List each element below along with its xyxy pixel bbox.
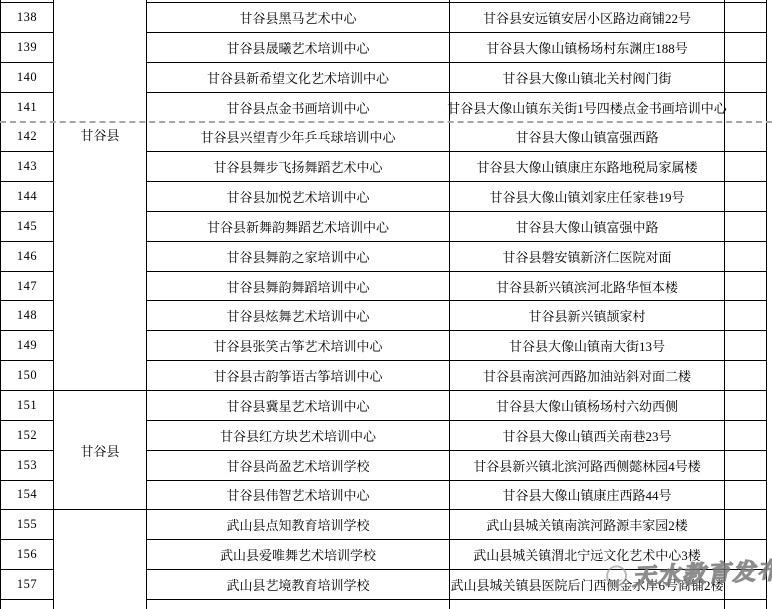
blank-cell xyxy=(725,242,767,272)
page-break-line xyxy=(0,121,772,123)
partial-bottom-number-cell xyxy=(0,600,54,609)
blank-cell xyxy=(725,63,767,93)
row-number: 144 xyxy=(0,182,54,212)
institution-address: 甘谷县南滨河西路加油站斜对面二楼 xyxy=(450,361,725,391)
row-number: 149 xyxy=(0,331,54,361)
institution-name: 甘谷县晟曦艺术培训中心 xyxy=(147,33,450,63)
institution-name: 甘谷县新希望文化艺术培训中心 xyxy=(147,63,450,93)
row-number: 155 xyxy=(0,510,54,540)
institution-address: 武山县城关镇南滨河路源丰家园2楼 xyxy=(450,510,725,540)
blank-cell xyxy=(725,33,767,63)
institution-name: 甘谷县红方块艺术培训中心 xyxy=(147,421,450,451)
county-label: 甘谷县 xyxy=(54,119,146,149)
institution-name: 武山县点知教育培训学校 xyxy=(147,510,450,540)
blank-cell xyxy=(725,272,767,302)
blank-cell xyxy=(725,391,767,421)
county-cell-gangu-2: 甘谷县 xyxy=(54,391,147,510)
row-number: 146 xyxy=(0,242,54,272)
institution-address: 甘谷县新兴镇北滨河路西侧懿林园4号楼 xyxy=(450,451,725,481)
row-number: 141 xyxy=(0,93,54,123)
institution-address: 甘谷县大像山镇富强中路 xyxy=(450,212,725,242)
blank-cell xyxy=(725,182,767,212)
institution-address: 甘谷县安远镇安居小区路边商铺22号 xyxy=(450,3,725,33)
institution-name: 甘谷县舞韵之家培训中心 xyxy=(147,242,450,272)
institution-address: 甘谷县磐安镇新济仁医院对面 xyxy=(450,242,725,272)
institution-address: 甘谷县大像山镇南大街13号 xyxy=(450,331,725,361)
row-number: 156 xyxy=(0,540,54,570)
partial-bottom-address-cell xyxy=(450,600,725,609)
institution-name: 甘谷县黑马艺术中心 xyxy=(147,3,450,33)
blank-cell xyxy=(725,570,767,600)
institution-address: 甘谷县大像山镇东关街1号四楼点金书画培训中心 xyxy=(450,93,725,123)
blank-cell xyxy=(725,421,767,451)
institution-address: 甘谷县大像山镇富强西路 xyxy=(450,122,725,152)
row-number: 147 xyxy=(0,272,54,302)
blank-cell xyxy=(725,3,767,33)
row-number: 140 xyxy=(0,63,54,93)
row-number: 157 xyxy=(0,570,54,600)
institution-address: 甘谷县大像山镇康庄东路地税局家属楼 xyxy=(450,152,725,182)
blank-cell xyxy=(725,331,767,361)
institution-name: 武山县爱唯舞艺术培训学校 xyxy=(147,540,450,570)
blank-cell xyxy=(725,93,767,123)
institution-name: 甘谷县新舞韵舞蹈艺术培训中心 xyxy=(147,212,450,242)
row-number: 139 xyxy=(0,33,54,63)
row-number: 150 xyxy=(0,361,54,391)
institution-address: 甘谷县大像山镇西关南巷23号 xyxy=(450,421,725,451)
institution-address: 甘谷县大像山镇康庄西路44号 xyxy=(450,481,725,511)
institution-address: 武山县城关镇县医院后门西侧金水岸6号商铺2楼 xyxy=(450,570,725,600)
county-cell-gangu-1: 甘谷县 xyxy=(54,0,147,391)
blank-cell xyxy=(725,152,767,182)
blank-cell xyxy=(725,481,767,511)
institution-name: 甘谷县古韵筝语古筝培训中心 xyxy=(147,361,450,391)
institution-address: 武山县城关镇渭北宁远文化艺术中心3楼 xyxy=(450,540,725,570)
county-cell-wushan xyxy=(54,510,147,609)
institution-name: 甘谷县点金书画培训中心 xyxy=(147,93,450,123)
blank-cell xyxy=(725,212,767,242)
row-number: 151 xyxy=(0,391,54,421)
institution-name: 甘谷县加悦艺术培训中心 xyxy=(147,182,450,212)
spreadsheet-page: 甘谷县 甘谷县 138 甘谷县黑马艺术中心 甘谷县安远镇安居小区路边商铺22号 … xyxy=(0,0,772,609)
blank-cell xyxy=(725,361,767,391)
partial-bottom-name-cell xyxy=(147,600,450,609)
institution-address: 甘谷县大像山镇杨场村六幼西侧 xyxy=(450,391,725,421)
institution-address: 甘谷县新兴镇颉家村 xyxy=(450,301,725,331)
institution-address: 甘谷县大像山镇杨场村东渊庄188号 xyxy=(450,33,725,63)
row-number: 153 xyxy=(0,451,54,481)
blank-cell xyxy=(725,122,767,152)
institution-name: 甘谷县舞步飞扬舞蹈艺术中心 xyxy=(147,152,450,182)
institution-name: 武山县艺境教育培训学校 xyxy=(147,570,450,600)
blank-cell xyxy=(725,510,767,540)
institution-address: 甘谷县大像山镇北关村阀门街 xyxy=(450,63,725,93)
institution-address: 甘谷县新兴镇滨河北路华恒本楼 xyxy=(450,272,725,302)
row-number: 138 xyxy=(0,3,54,33)
institution-name: 甘谷县炫舞艺术培训中心 xyxy=(147,301,450,331)
institution-address: 甘谷县大像山镇刘家庄任家巷19号 xyxy=(450,182,725,212)
blank-cell xyxy=(725,540,767,570)
row-number: 145 xyxy=(0,212,54,242)
institution-name: 甘谷县伟智艺术培训中心 xyxy=(147,481,450,511)
institution-name: 甘谷县张笑古筝艺术培训中心 xyxy=(147,331,450,361)
blank-cell xyxy=(725,451,767,481)
partial-bottom-blank-cell xyxy=(725,600,767,609)
institution-name: 甘谷县兴望青少年乒乓球培训中心 xyxy=(147,122,450,152)
row-number: 148 xyxy=(0,301,54,331)
institution-name: 甘谷县冀星艺术培训中心 xyxy=(147,391,450,421)
blank-cell xyxy=(725,301,767,331)
row-number: 142 xyxy=(0,122,54,152)
row-number: 152 xyxy=(0,421,54,451)
row-number: 143 xyxy=(0,152,54,182)
institution-name: 甘谷县尚盈艺术培训学校 xyxy=(147,451,450,481)
row-number: 154 xyxy=(0,481,54,511)
institution-table: 甘谷县 甘谷县 138 甘谷县黑马艺术中心 甘谷县安远镇安居小区路边商铺22号 … xyxy=(0,0,767,609)
institution-name: 甘谷县舞韵舞蹈培训中心 xyxy=(147,272,450,302)
county-label: 甘谷县 xyxy=(80,441,119,460)
